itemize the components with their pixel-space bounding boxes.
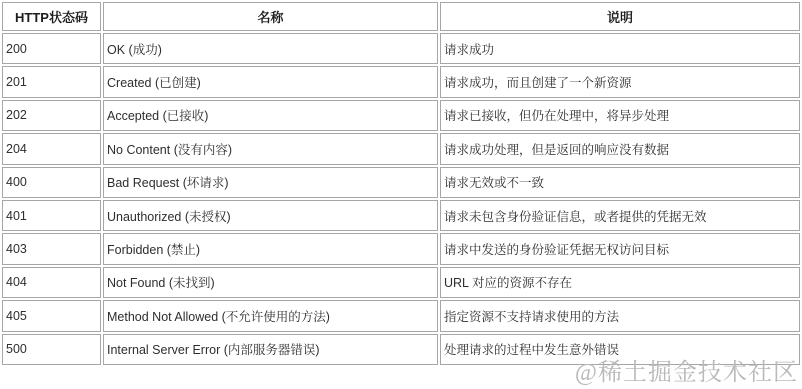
column-header-name: 名称 xyxy=(103,2,438,31)
table-row: 500 Internal Server Error (内部服务器错误) 处理请求… xyxy=(2,334,800,365)
table-row: 400 Bad Request (坏请求) 请求无效或不一致 xyxy=(2,167,800,198)
table-row: 404 Not Found (未找到) URL 对应的资源不存在 xyxy=(2,267,800,298)
status-description-cell: 请求成功，而且创建了一个新资源 xyxy=(440,66,800,97)
table-row: 401 Unauthorized (未授权) 请求未包含身份验证信息，或者提供的… xyxy=(2,200,800,231)
status-name-cell: Internal Server Error (内部服务器错误) xyxy=(103,334,438,365)
status-name-cell: OK (成功) xyxy=(103,33,438,64)
status-name-cell: Accepted (已接收) xyxy=(103,100,438,131)
status-description-cell: 请求未包含身份验证信息，或者提供的凭据无效 xyxy=(440,200,800,231)
status-code-cell: 204 xyxy=(2,133,101,164)
table-row: 405 Method Not Allowed (不允许使用的方法) 指定资源不支… xyxy=(2,300,800,331)
status-description-cell: URL 对应的资源不存在 xyxy=(440,267,800,298)
status-description-cell: 请求已接收，但仍在处理中，将异步处理 xyxy=(440,100,800,131)
status-description-cell: 请求成功处理，但是返回的响应没有数据 xyxy=(440,133,800,164)
status-code-cell: 404 xyxy=(2,267,101,298)
table-row: 200 OK (成功) 请求成功 xyxy=(2,33,800,64)
status-name-cell: No Content (没有内容) xyxy=(103,133,438,164)
status-code-cell: 202 xyxy=(2,100,101,131)
status-code-cell: 401 xyxy=(2,200,101,231)
header-row: HTTP状态码 名称 说明 xyxy=(2,2,800,31)
table-header: HTTP状态码 名称 说明 xyxy=(2,2,800,31)
status-code-cell: 400 xyxy=(2,167,101,198)
status-name-cell: Created (已创建) xyxy=(103,66,438,97)
status-description-cell: 请求中发送的身份验证凭据无权访问目标 xyxy=(440,233,800,264)
status-name-cell: Bad Request (坏请求) xyxy=(103,167,438,198)
status-code-cell: 200 xyxy=(2,33,101,64)
status-description-cell: 请求成功 xyxy=(440,33,800,64)
page: HTTP状态码 名称 说明 200 OK (成功) 请求成功 201 Creat… xyxy=(0,0,802,389)
status-description-cell: 指定资源不支持请求使用的方法 xyxy=(440,300,800,331)
table-body: 200 OK (成功) 请求成功 201 Created (已创建) 请求成功，… xyxy=(2,33,800,365)
status-code-cell: 201 xyxy=(2,66,101,97)
table-row: 201 Created (已创建) 请求成功，而且创建了一个新资源 xyxy=(2,66,800,97)
status-name-cell: Not Found (未找到) xyxy=(103,267,438,298)
status-code-cell: 500 xyxy=(2,334,101,365)
table-row: 202 Accepted (已接收) 请求已接收，但仍在处理中，将异步处理 xyxy=(2,100,800,131)
table-row: 403 Forbidden (禁止) 请求中发送的身份验证凭据无权访问目标 xyxy=(2,233,800,264)
column-header-code: HTTP状态码 xyxy=(2,2,101,31)
status-description-cell: 处理请求的过程中发生意外错误 xyxy=(440,334,800,365)
status-code-cell: 403 xyxy=(2,233,101,264)
status-name-cell: Forbidden (禁止) xyxy=(103,233,438,264)
table-row: 204 No Content (没有内容) 请求成功处理，但是返回的响应没有数据 xyxy=(2,133,800,164)
column-header-description: 说明 xyxy=(440,2,800,31)
status-name-cell: Method Not Allowed (不允许使用的方法) xyxy=(103,300,438,331)
status-description-cell: 请求无效或不一致 xyxy=(440,167,800,198)
http-status-table: HTTP状态码 名称 说明 200 OK (成功) 请求成功 201 Creat… xyxy=(0,0,802,367)
status-code-cell: 405 xyxy=(2,300,101,331)
status-name-cell: Unauthorized (未授权) xyxy=(103,200,438,231)
